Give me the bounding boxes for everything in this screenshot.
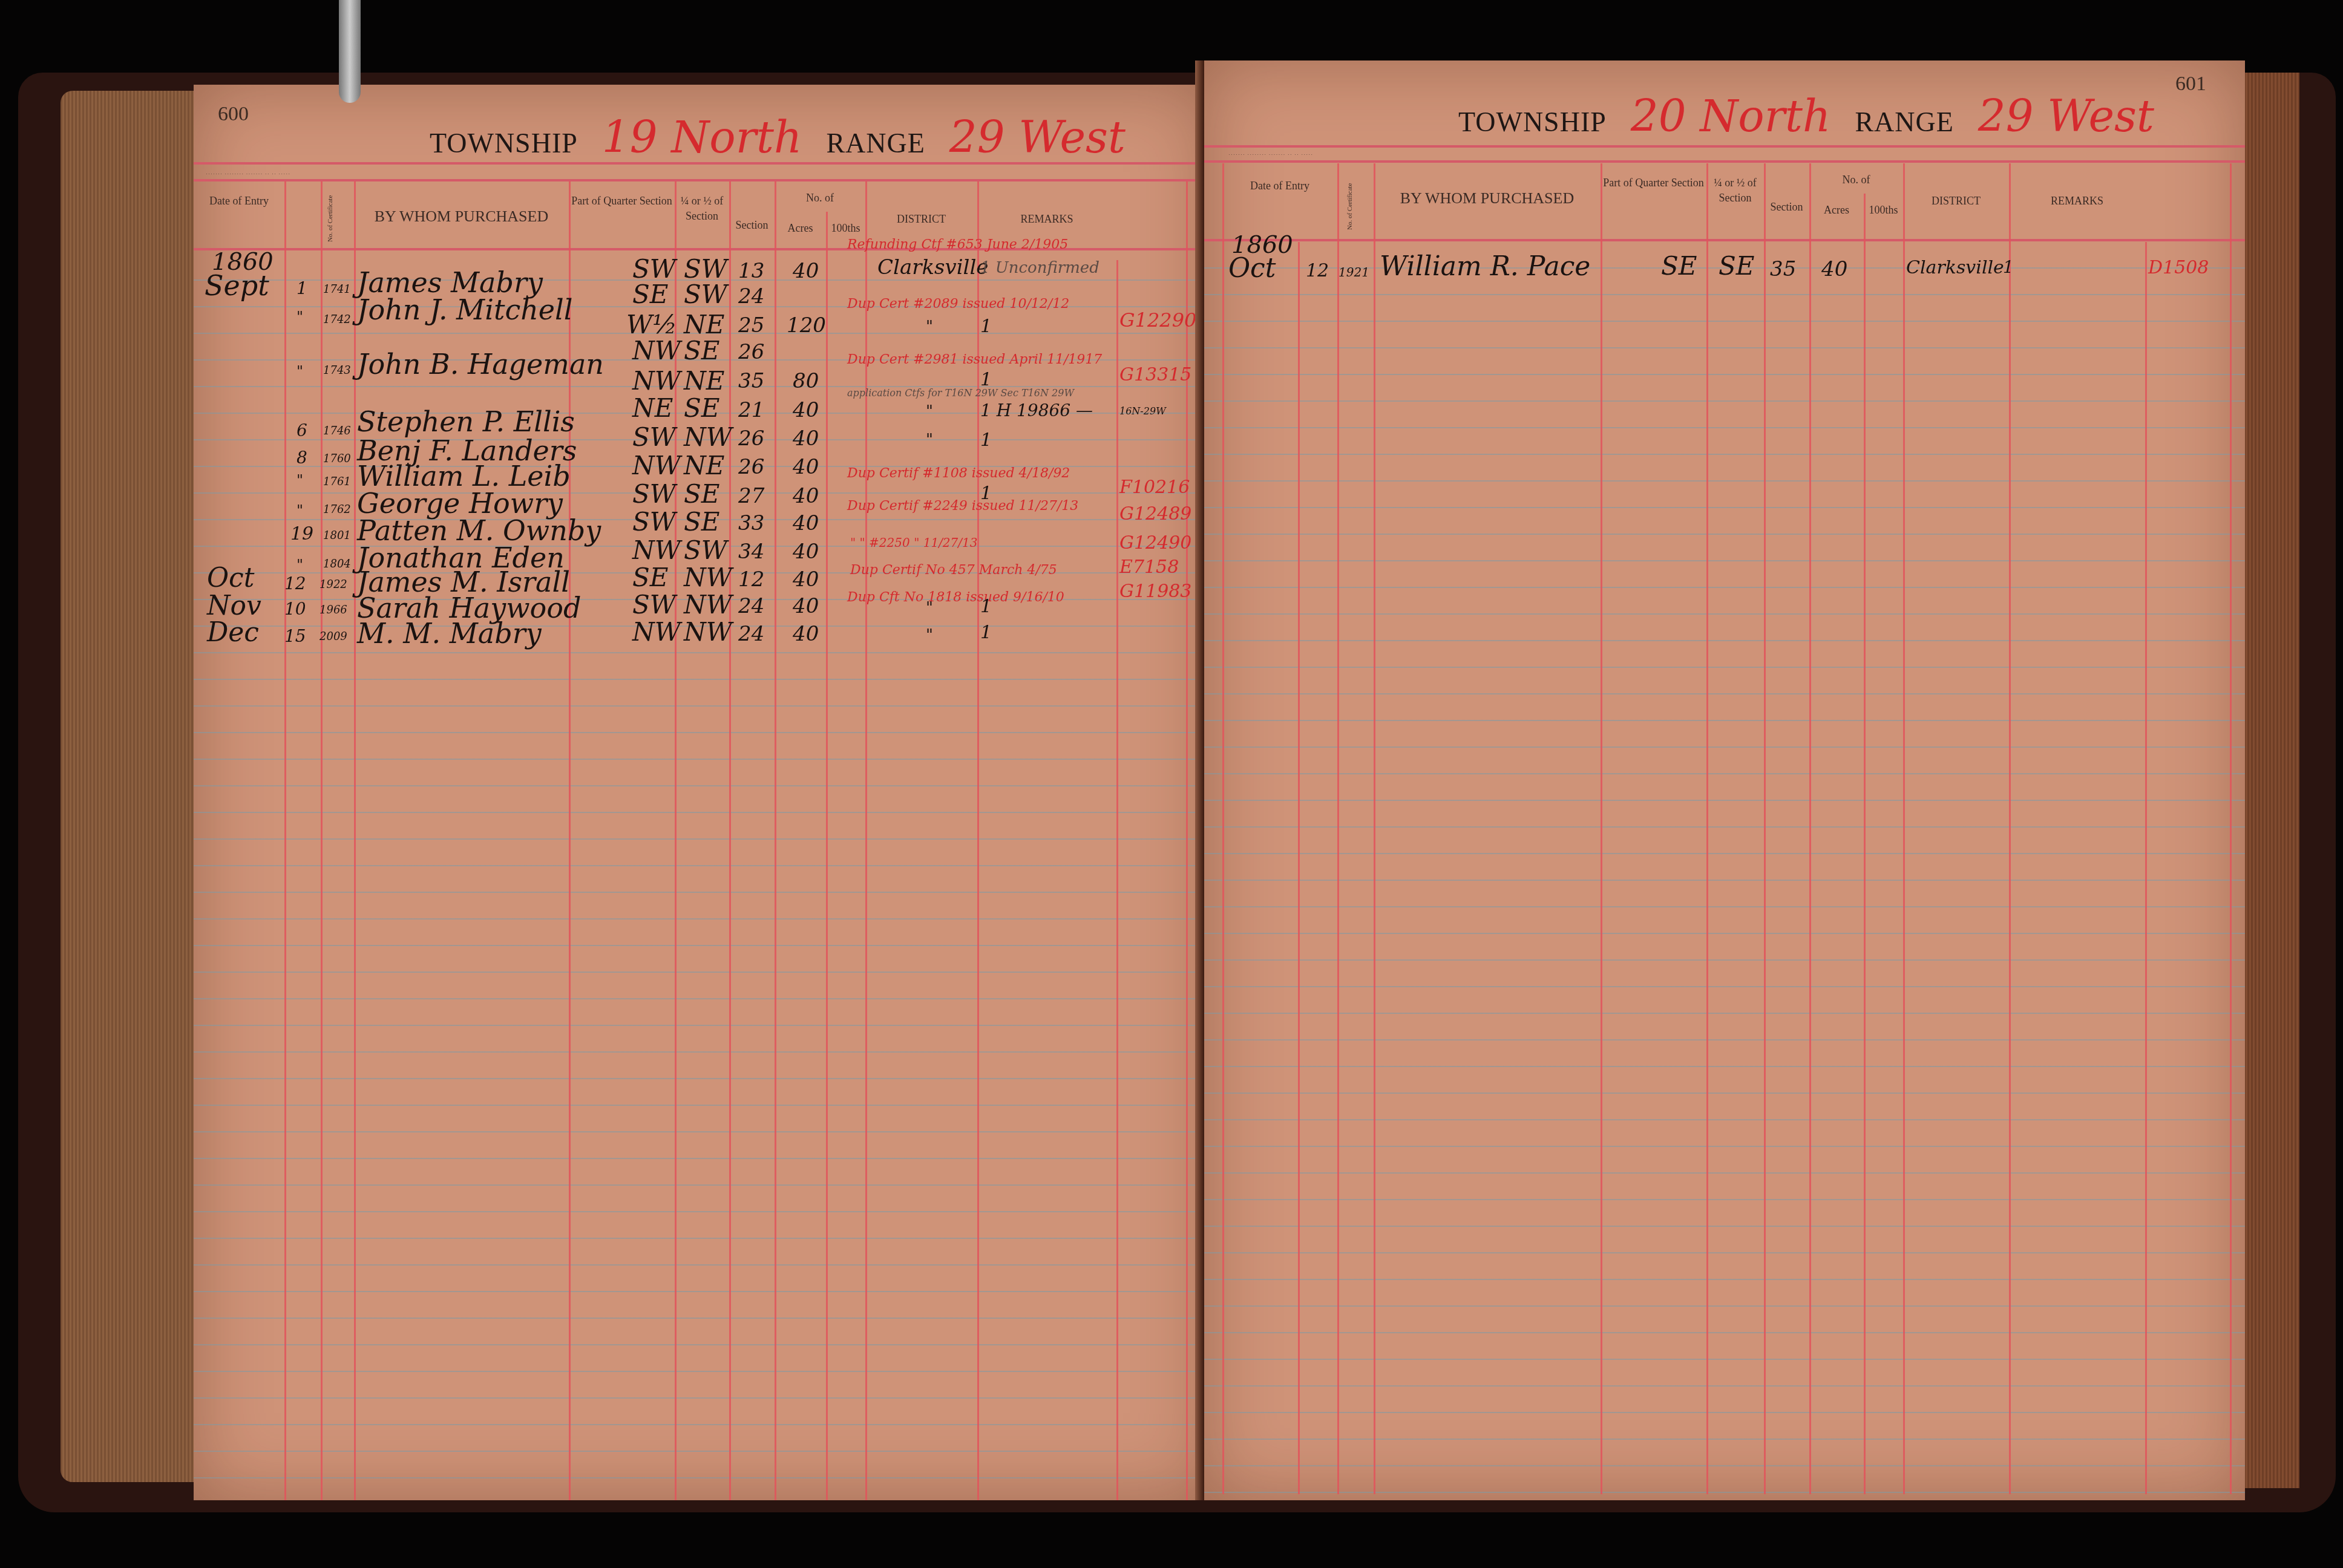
- entry-section: 24: [738, 622, 764, 646]
- header-by-whom-purchased: BY WHOM PURCHASED: [354, 206, 569, 227]
- entry-day: 12: [1306, 260, 1329, 281]
- entry-cert: 1801: [323, 529, 351, 542]
- header-quarter-half-section: ¼ or ½ of Section: [1706, 175, 1764, 206]
- column-divider: [1116, 260, 1118, 1500]
- column-divider: [1222, 163, 1224, 1494]
- entry-name: Stephen P. Ellis: [357, 405, 575, 438]
- header-no-of: No. of: [1809, 172, 1903, 188]
- entry-month: Oct: [1228, 253, 1276, 284]
- entry-day: 10: [284, 599, 306, 619]
- entry-day: 12: [284, 573, 306, 593]
- entry-part: SW: [684, 535, 727, 565]
- entry-note-pencil: application Ctfs for T16N 29W Sec T16N 2…: [847, 387, 1074, 399]
- entry-name: John B. Hageman: [357, 348, 604, 381]
- header-rule-top: [194, 162, 1210, 165]
- entry-note-red: Dup Certif #2249 issued 11/27/13: [847, 498, 1078, 514]
- column-divider: [1809, 163, 1811, 1494]
- entry-section: 26: [738, 455, 764, 479]
- column-divider: [1706, 163, 1708, 1494]
- entry-note-red: Dup Cert #2981 issued April 11/1917: [847, 352, 1102, 367]
- page-number: 601: [2175, 73, 2206, 96]
- column-divider: [321, 181, 323, 1500]
- header-no-of-certificate: No. of Certificate: [327, 194, 334, 242]
- entry-section: 26: [738, 340, 764, 364]
- entry-cert: 1746: [323, 425, 351, 437]
- entry-part: SE: [684, 393, 719, 423]
- header-district: DISTRICT: [1903, 194, 2009, 209]
- entry-code: G13315: [1119, 364, 1191, 385]
- entry-cert: 1921: [1339, 265, 1369, 279]
- entry-day: 15: [284, 626, 306, 646]
- range-label: RANGE: [826, 127, 925, 159]
- column-divider: [1298, 242, 1300, 1494]
- entry-cert: 1760: [323, 452, 351, 465]
- entry-district: ": [926, 402, 933, 420]
- entry-day: 8: [297, 448, 307, 468]
- entry-name: William R. Pace: [1380, 251, 1590, 282]
- entry-quarter: SW: [632, 590, 676, 619]
- header-acres: Acres: [1809, 203, 1864, 218]
- entry-part: NW: [684, 563, 732, 592]
- column-divider: [729, 181, 731, 1500]
- header-date-of-entry: Date of Entry: [194, 194, 284, 209]
- entry-quarter: NW: [632, 535, 681, 565]
- entry-cert: 1741: [323, 283, 351, 296]
- entry-acres: 80: [793, 369, 819, 393]
- column-divider: [354, 181, 356, 1500]
- page-title: TOWNSHIP 19 North RANGE 29 West: [430, 103, 1126, 163]
- column-divider: [977, 181, 979, 1500]
- entry-name: John J. Mitchell: [357, 293, 572, 326]
- entry-code: F10216: [1119, 477, 1190, 498]
- entry-note-red: Dup Cft No 1818 issued 9/16/10: [847, 590, 1064, 605]
- entry-part: NE: [684, 310, 724, 339]
- ledger-page-right: 601 TOWNSHIP 20 North RANGE 29 West ····…: [1204, 60, 2245, 1500]
- entry-code: E7158: [1119, 557, 1179, 578]
- header-no-of: No. of: [775, 191, 865, 206]
- entry-note-red: Dup Certif No 457 March 4/75: [850, 563, 1057, 578]
- entry-acres: 40: [793, 455, 819, 479]
- entry-remark: 1: [980, 622, 992, 643]
- entry-section: 35: [1770, 257, 1796, 281]
- column-divider: [1374, 163, 1375, 1494]
- entry-remark: 1 H 19866 —: [980, 400, 1093, 420]
- entry-part: SE: [1719, 251, 1754, 281]
- entry-part: SW: [684, 279, 727, 309]
- entry-quarter: NW: [632, 336, 681, 365]
- entry-acres: 40: [793, 511, 819, 535]
- header-by-whom-purchased: BY WHOM PURCHASED: [1374, 188, 1601, 209]
- entry-part: SE: [684, 507, 719, 537]
- column-divider: [1764, 163, 1766, 1494]
- ledger-page-left: 600 TOWNSHIP 19 North RANGE 29 West ····…: [194, 85, 1210, 1500]
- header-date-of-entry: Date of Entry: [1222, 178, 1337, 194]
- entry-section: 24: [738, 594, 764, 618]
- header-remarks: REMARKS: [2009, 194, 2145, 209]
- entry-quarter: SE: [632, 563, 668, 592]
- entry-cert: 1804: [323, 558, 351, 570]
- entry-cert: 1761: [323, 475, 351, 488]
- entry-acres: 120: [787, 313, 826, 338]
- header-district: DISTRICT: [865, 212, 977, 227]
- header-acres: Acres: [775, 221, 826, 236]
- entry-district: ": [926, 626, 933, 644]
- entry-part: NW: [684, 590, 732, 619]
- entry-note-red: Dup Cert #2089 issued 10/12/12: [847, 296, 1069, 312]
- column-divider: [1337, 163, 1339, 1494]
- entry-section: 13: [738, 259, 764, 283]
- header-hundredths: 100ths: [826, 221, 865, 236]
- entry-day: 1: [297, 278, 307, 298]
- entry-acres: 40: [793, 622, 819, 646]
- entry-section: 12: [738, 567, 764, 592]
- entry-section: 27: [738, 484, 764, 508]
- column-divider: [2145, 242, 2147, 1494]
- entry-acres: 40: [793, 259, 819, 283]
- entry-quarter: NE: [632, 393, 673, 423]
- entry-quarter: SE: [1661, 251, 1697, 281]
- entry-note-red: " " #2250 " 11/27/13: [850, 535, 978, 550]
- entry-section: 26: [738, 426, 764, 451]
- entry-remark: 1: [2003, 257, 2014, 277]
- entry-section: 35: [738, 369, 764, 393]
- printer-imprint: ······· ········ ······· ·· ·· ·····: [1228, 151, 1313, 157]
- entry-cert: 2009: [319, 630, 347, 643]
- entry-part: NW: [684, 422, 732, 452]
- township-label: TOWNSHIP: [1458, 106, 1607, 138]
- column-divider: [2009, 163, 2011, 1494]
- range-label: RANGE: [1855, 106, 1953, 138]
- page-number: 600: [218, 103, 249, 126]
- entry-cert: 1762: [323, 503, 351, 516]
- entry-acres: 40: [793, 567, 819, 592]
- header-section: Section: [729, 218, 775, 233]
- range-value: 29 West: [949, 112, 1126, 163]
- entry-note-red: Dup Certif #1108 issued 4/18/92: [847, 466, 1070, 481]
- entry-district: ": [926, 599, 933, 617]
- entry-acres: 40: [793, 426, 819, 451]
- entry-section: 33: [738, 511, 764, 535]
- column-divider: [1903, 163, 1905, 1494]
- entry-district: Clarksville: [877, 255, 988, 279]
- entry-acres: 40: [793, 484, 819, 508]
- entry-month: ": [297, 363, 303, 380]
- entry-month: ": [297, 309, 303, 325]
- entry-part: SE: [684, 336, 719, 365]
- column-divider: [284, 181, 286, 1500]
- column-divider: [826, 212, 828, 1500]
- entry-code: G12290: [1119, 309, 1196, 332]
- entry-cert: 1742: [323, 313, 351, 326]
- entry-acres: 40: [793, 594, 819, 618]
- entry-name: M. M. Mabry: [357, 617, 542, 650]
- entry-code: 16N-29W: [1119, 405, 1166, 417]
- township-value: 20 North: [1631, 91, 1831, 142]
- entry-month: Oct: [207, 563, 254, 593]
- township-label: TOWNSHIP: [430, 127, 578, 159]
- entry-section: 34: [738, 540, 764, 564]
- entry-part: NW: [684, 617, 732, 647]
- entry-month: ": [297, 557, 303, 573]
- header-rule-mid: [194, 179, 1210, 181]
- entry-part: SE: [684, 479, 719, 509]
- entry-acres: 40: [793, 540, 819, 564]
- entry-code: G12489: [1119, 503, 1191, 524]
- header-part-of-quarter-section: Part of Quarter Section: [1601, 175, 1706, 191]
- printer-imprint: ······· ········ ······· ·· ·· ·····: [206, 171, 290, 177]
- entry-remark: 1: [980, 369, 992, 390]
- header-rule-mid: [1204, 160, 2245, 163]
- entry-acres: 40: [793, 398, 819, 422]
- entry-quarter: NW: [632, 451, 681, 480]
- entry-remark: 1 Unconfirmed: [980, 259, 1099, 277]
- entry-section: 21: [738, 398, 764, 422]
- entry-day: 19: [290, 523, 313, 544]
- entry-remark: 1: [980, 430, 992, 451]
- entry-quarter: NW: [632, 366, 681, 396]
- entry-quarter: NW: [632, 617, 681, 647]
- entry-cert: 1966: [319, 604, 347, 616]
- entry-month: ": [297, 472, 303, 489]
- entry-remark: 1: [980, 316, 992, 337]
- bookmark-ribbon: [339, 0, 361, 103]
- entry-quarter: SE: [632, 279, 668, 309]
- entry-section: 24: [738, 284, 764, 309]
- entry-district: Clarksville: [1906, 257, 2004, 278]
- column-divider: [865, 181, 867, 1500]
- entry-acres: 40: [1821, 257, 1847, 281]
- entry-code: G12490: [1119, 532, 1191, 554]
- header-rule-bottom: [1204, 239, 2245, 241]
- entry-quarter: SW: [632, 507, 676, 537]
- entry-note-red: Refunding Ctf #653 June 2/1905: [847, 237, 1068, 252]
- entry-cert: 1922: [319, 578, 347, 591]
- header-hundredths: 100ths: [1864, 203, 1903, 218]
- entry-remark: 1: [980, 596, 992, 617]
- entry-code: D1508: [2148, 257, 2209, 278]
- entry-quarter: SW: [632, 422, 676, 452]
- header-no-of-certificate: No. of Certificate: [1346, 175, 1354, 230]
- column-divider: [2230, 163, 2232, 1494]
- column-divider: [1864, 194, 1866, 1494]
- entry-district: ": [926, 431, 933, 449]
- entry-cert: 1743: [323, 364, 351, 377]
- range-value: 29 West: [1978, 91, 2154, 142]
- entry-part: NE: [684, 451, 724, 480]
- entry-month: ": [297, 502, 303, 519]
- column-divider: [1601, 163, 1602, 1494]
- township-value: 19 North: [602, 112, 802, 163]
- page-edges-left: [61, 91, 206, 1482]
- ruled-lines: [1204, 242, 2245, 1500]
- entry-month: Dec: [207, 617, 259, 648]
- entry-day: 6: [297, 420, 307, 440]
- entry-quarter: W½: [626, 310, 677, 339]
- header-quarter-half-section: ¼ or ½ of Section: [675, 194, 729, 224]
- entry-code: G11983: [1119, 581, 1191, 602]
- header-section: Section: [1764, 200, 1809, 215]
- entry-part: NE: [684, 366, 724, 396]
- header-remarks: REMARKS: [977, 212, 1116, 227]
- entry-district: ": [926, 318, 933, 336]
- header-rule-top: [1204, 145, 2245, 148]
- page-title: TOWNSHIP 20 North RANGE 29 West: [1458, 91, 2154, 142]
- column-divider: [775, 181, 776, 1500]
- entry-month: Sept: [205, 269, 269, 302]
- header-part-of-quarter-section: Part of Quarter Section: [569, 194, 675, 209]
- entry-section: 25: [738, 313, 764, 338]
- entry-quarter: SW: [632, 479, 676, 509]
